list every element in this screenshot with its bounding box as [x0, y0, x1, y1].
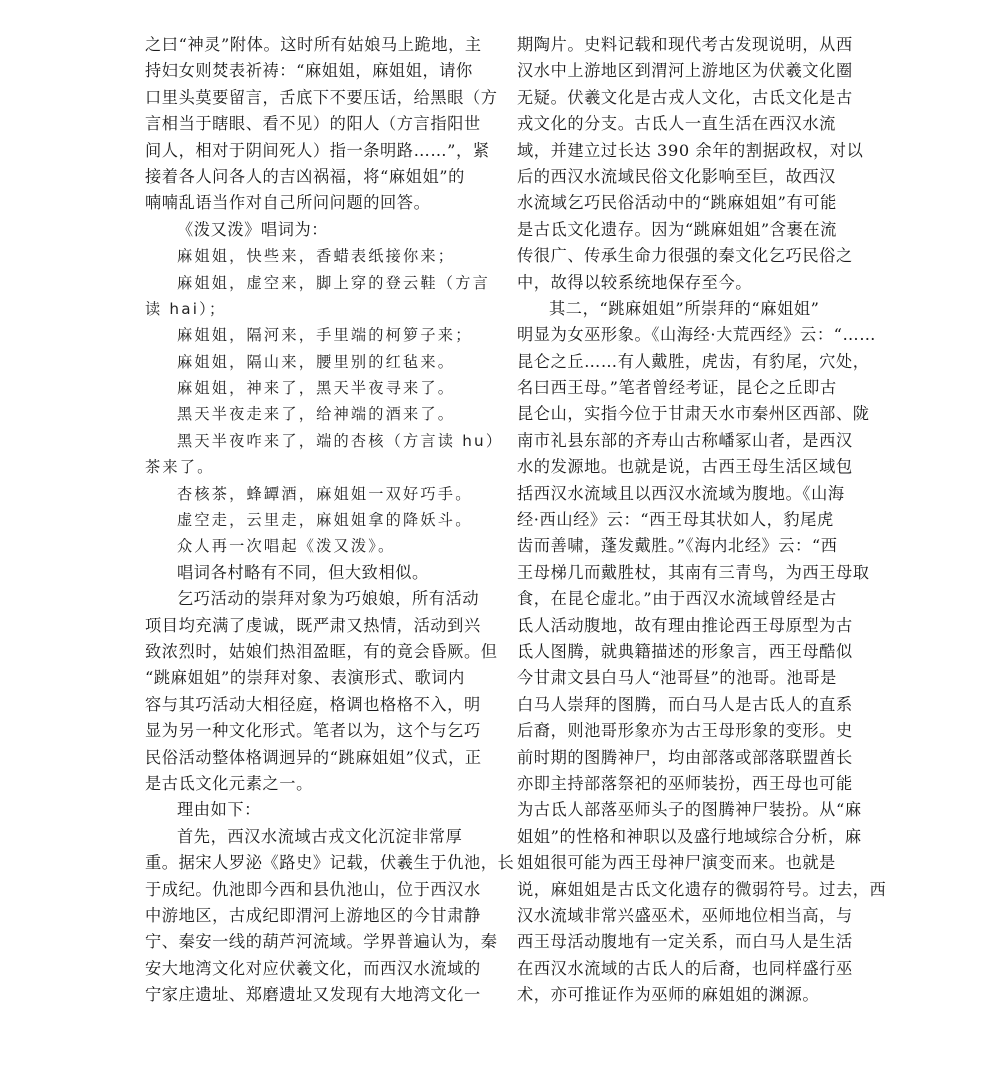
left-column: 之曰“神灵”附体。这时所有姑娘马上跪地，主持妇女则焚表祈祷：“麻姐姐，麻姐姐，请…	[145, 32, 485, 1008]
text-line: 经·西山经》云：“西王母其状如人，豹尾虎	[517, 507, 857, 533]
text-line: 期陶片。史料记载和现代考古发现说明，从西	[517, 32, 857, 58]
text-line: 齿而善啸，蓬发戴胜。”《海内北经》云：“西	[517, 533, 857, 559]
text-line: 昆仑山，实指今位于甘肃天水市秦州区西部、陇	[517, 401, 857, 427]
lyric-line: 黑天半夜走来了，给神端的酒来了。	[145, 401, 485, 427]
text-line: 氐人图腾，就典籍描述的形象言，西王母酷似	[517, 639, 857, 665]
text-line: 民俗活动整体格调迥异的“跳麻姐姐”仪式，正	[145, 745, 485, 771]
text-line: 水流域乞巧民俗活动中的“跳麻姐姐”有可能	[517, 190, 857, 216]
text-line: 言相当于瞎眼、看不见）的阳人（方言指阳世	[145, 111, 485, 137]
right-column: 期陶片。史料记载和现代考古发现说明，从西汉水中上游地区到渭河上游地区为伏羲文化圈…	[517, 32, 857, 1008]
text-line: 口里头莫要留言，舌底下不要压话，给黑眼（方	[145, 85, 485, 111]
text-line: 王母梯几而戴胜杖，其南有三青鸟，为西王母取	[517, 560, 857, 586]
lyric-line: 麻姐姐，虚空来，脚上穿的登云鞋（方言	[145, 270, 485, 296]
text-line: 姐姐很可能为西王母神尸演变而来。也就是	[517, 850, 857, 876]
text-line: 西王母活动腹地有一定关系，而白马人是生活	[517, 929, 857, 955]
text-line: 无疑。伏羲文化是古戎人文化，古氐文化是古	[517, 85, 857, 111]
text-line: 致浓烈时，姑娘们热泪盈眶，有的竟会昏厥。但	[145, 639, 485, 665]
text-line: 之曰“神灵”附体。这时所有姑娘马上跪地，主	[145, 32, 485, 58]
text-line: 汉水中上游地区到渭河上游地区为伏羲文化圈	[517, 58, 857, 84]
text-line: 括西汉水流域且以西汉水流域为腹地。《山海	[517, 481, 857, 507]
text-line: 食，在昆仑虚北。”由于西汉水流域曾经是古	[517, 586, 857, 612]
lyric-line: 麻姐姐，神来了，黑天半夜寻来了。	[145, 375, 485, 401]
text-line: 喃喃乱语当作对自己所问问题的回答。	[145, 190, 485, 216]
text-line: 戎文化的分支。古氐人一直生活在西汉水流	[517, 111, 857, 137]
lyric-line: 麻姐姐，隔山来，腰里别的红毡来。	[145, 349, 485, 375]
text-line: 前时期的图腾神尸，均由部落或部落联盟酋长	[517, 745, 857, 771]
text-line: 理由如下：	[145, 797, 485, 823]
text-line: 其二，“跳麻姐姐”所崇拜的“麻姐姐”	[517, 296, 857, 322]
text-line: 南市礼县东部的齐寿山古称嶓冢山者，是西汉	[517, 428, 857, 454]
text-line: 是古氐文化元素之一。	[145, 771, 485, 797]
lyric-line: 黑天半夜咋来了，端的杏核（方言读 hu）	[145, 428, 485, 454]
text-line: 说，麻姐姐是古氐文化遗存的微弱符号。过去，西	[517, 877, 857, 903]
text-line: 安大地湾文化对应伏羲文化，而西汉水流域的	[145, 956, 485, 982]
text-line: 持妇女则焚表祈祷：“麻姐姐，麻姐姐，请你	[145, 58, 485, 84]
text-line: 姐姐”的性格和神职以及盛行地域综合分析，麻	[517, 824, 857, 850]
text-line: 今甘肃文县白马人“池哥昼”的池哥。池哥是	[517, 665, 857, 691]
text-line: 术，亦可推证作为巫师的麻姐姐的渊源。	[517, 982, 857, 1008]
text-line: 乞巧活动的崇拜对象为巧娘娘，所有活动	[145, 586, 485, 612]
text-line: “跳麻姐姐”的崇拜对象、表演形式、歌词内	[145, 665, 485, 691]
text-line: 后的西汉水流域民俗文化影响至巨，故西汉	[517, 164, 857, 190]
text-line: 容与其巧活动大相径庭，格调也格格不入，明	[145, 692, 485, 718]
text-line: 亦即主持部落祭祀的巫师装扮，西王母也可能	[517, 771, 857, 797]
text-line: 后裔，则池哥形象亦为古王母形象的变形。史	[517, 718, 857, 744]
lyric-line: 众人再一次唱起《泼又泼》。	[145, 533, 485, 559]
text-line: 宁、秦安一线的葫芦河流域。学界普遍认为，秦	[145, 929, 485, 955]
document-page: 之曰“神灵”附体。这时所有姑娘马上跪地，主持妇女则焚表祈祷：“麻姐姐，麻姐姐，请…	[0, 0, 1000, 1080]
lyric-line: 读 hai）；	[145, 296, 485, 322]
text-line: 宁家庄遗址、郑磨遗址又发现有大地湾文化一	[145, 982, 485, 1008]
text-line: 水的发源地。也就是说，古西王母生活区域包	[517, 454, 857, 480]
lyric-line: 麻姐姐，隔河来，手里端的柯箩子来；	[145, 322, 485, 348]
text-line: 接着各人问各人的吉凶祸福，将“麻姐姐”的	[145, 164, 485, 190]
lyric-line: 茶来了。	[145, 454, 485, 480]
text-line: 域，并建立过长达 390 余年的割据政权，对以	[517, 138, 857, 164]
text-line: 中游地区，古成纪即渭河上游地区的今甘肃静	[145, 903, 485, 929]
text-line: 是古氐文化遗存。因为“跳麻姐姐”含裹在流	[517, 217, 857, 243]
lyric-line: 虚空走，云里走，麻姐姐拿的降妖斗。	[145, 507, 485, 533]
text-line: 唱词各村略有不同，但大致相似。	[145, 560, 485, 586]
text-line: 昆仑之丘……有人戴胜，虎齿，有豹尾，穴处，	[517, 349, 857, 375]
text-line: 为古氐人部落巫师头子的图腾神尸装扮。从“麻	[517, 797, 857, 823]
text-line: 在西汉水流域的古氐人的后裔，也同样盛行巫	[517, 956, 857, 982]
lyric-line: 麻姐姐，快些来，香蜡表纸接你来；	[145, 243, 485, 269]
text-line: 《泼又泼》唱词为：	[145, 217, 485, 243]
text-line: 重。据宋人罗泌《路史》记载，伏羲生于仇池，长	[145, 850, 485, 876]
text-line: 间人，相对于阴间死人）指一条明路……”，紧	[145, 138, 485, 164]
text-line: 名曰西王母。”笔者曾经考证，昆仑之丘即古	[517, 375, 857, 401]
text-line: 于成纪。仇池即今西和县仇池山，位于西汉水	[145, 877, 485, 903]
text-line: 显为另一种文化形式。笔者以为，这个与乞巧	[145, 718, 485, 744]
text-line: 首先，西汉水流域古戎文化沉淀非常厚	[145, 824, 485, 850]
text-line: 氐人活动腹地，故有理由推论西王母原型为古	[517, 613, 857, 639]
text-line: 中，故得以较系统地保存至今。	[517, 270, 857, 296]
text-line: 项目均充满了虔诚，既严肃又热情，活动到兴	[145, 613, 485, 639]
text-line: 汉水流域非常兴盛巫术，巫师地位相当高，与	[517, 903, 857, 929]
text-line: 明显为女巫形象。《山海经·大荒西经》云：“……	[517, 322, 857, 348]
text-line: 白马人崇拜的图腾，而白马人是古氐人的直系	[517, 692, 857, 718]
text-line: 传很广、传承生命力很强的秦文化乞巧民俗之	[517, 243, 857, 269]
lyric-line: 杏核茶，蜂罈酒，麻姐姐一双好巧手。	[145, 481, 485, 507]
